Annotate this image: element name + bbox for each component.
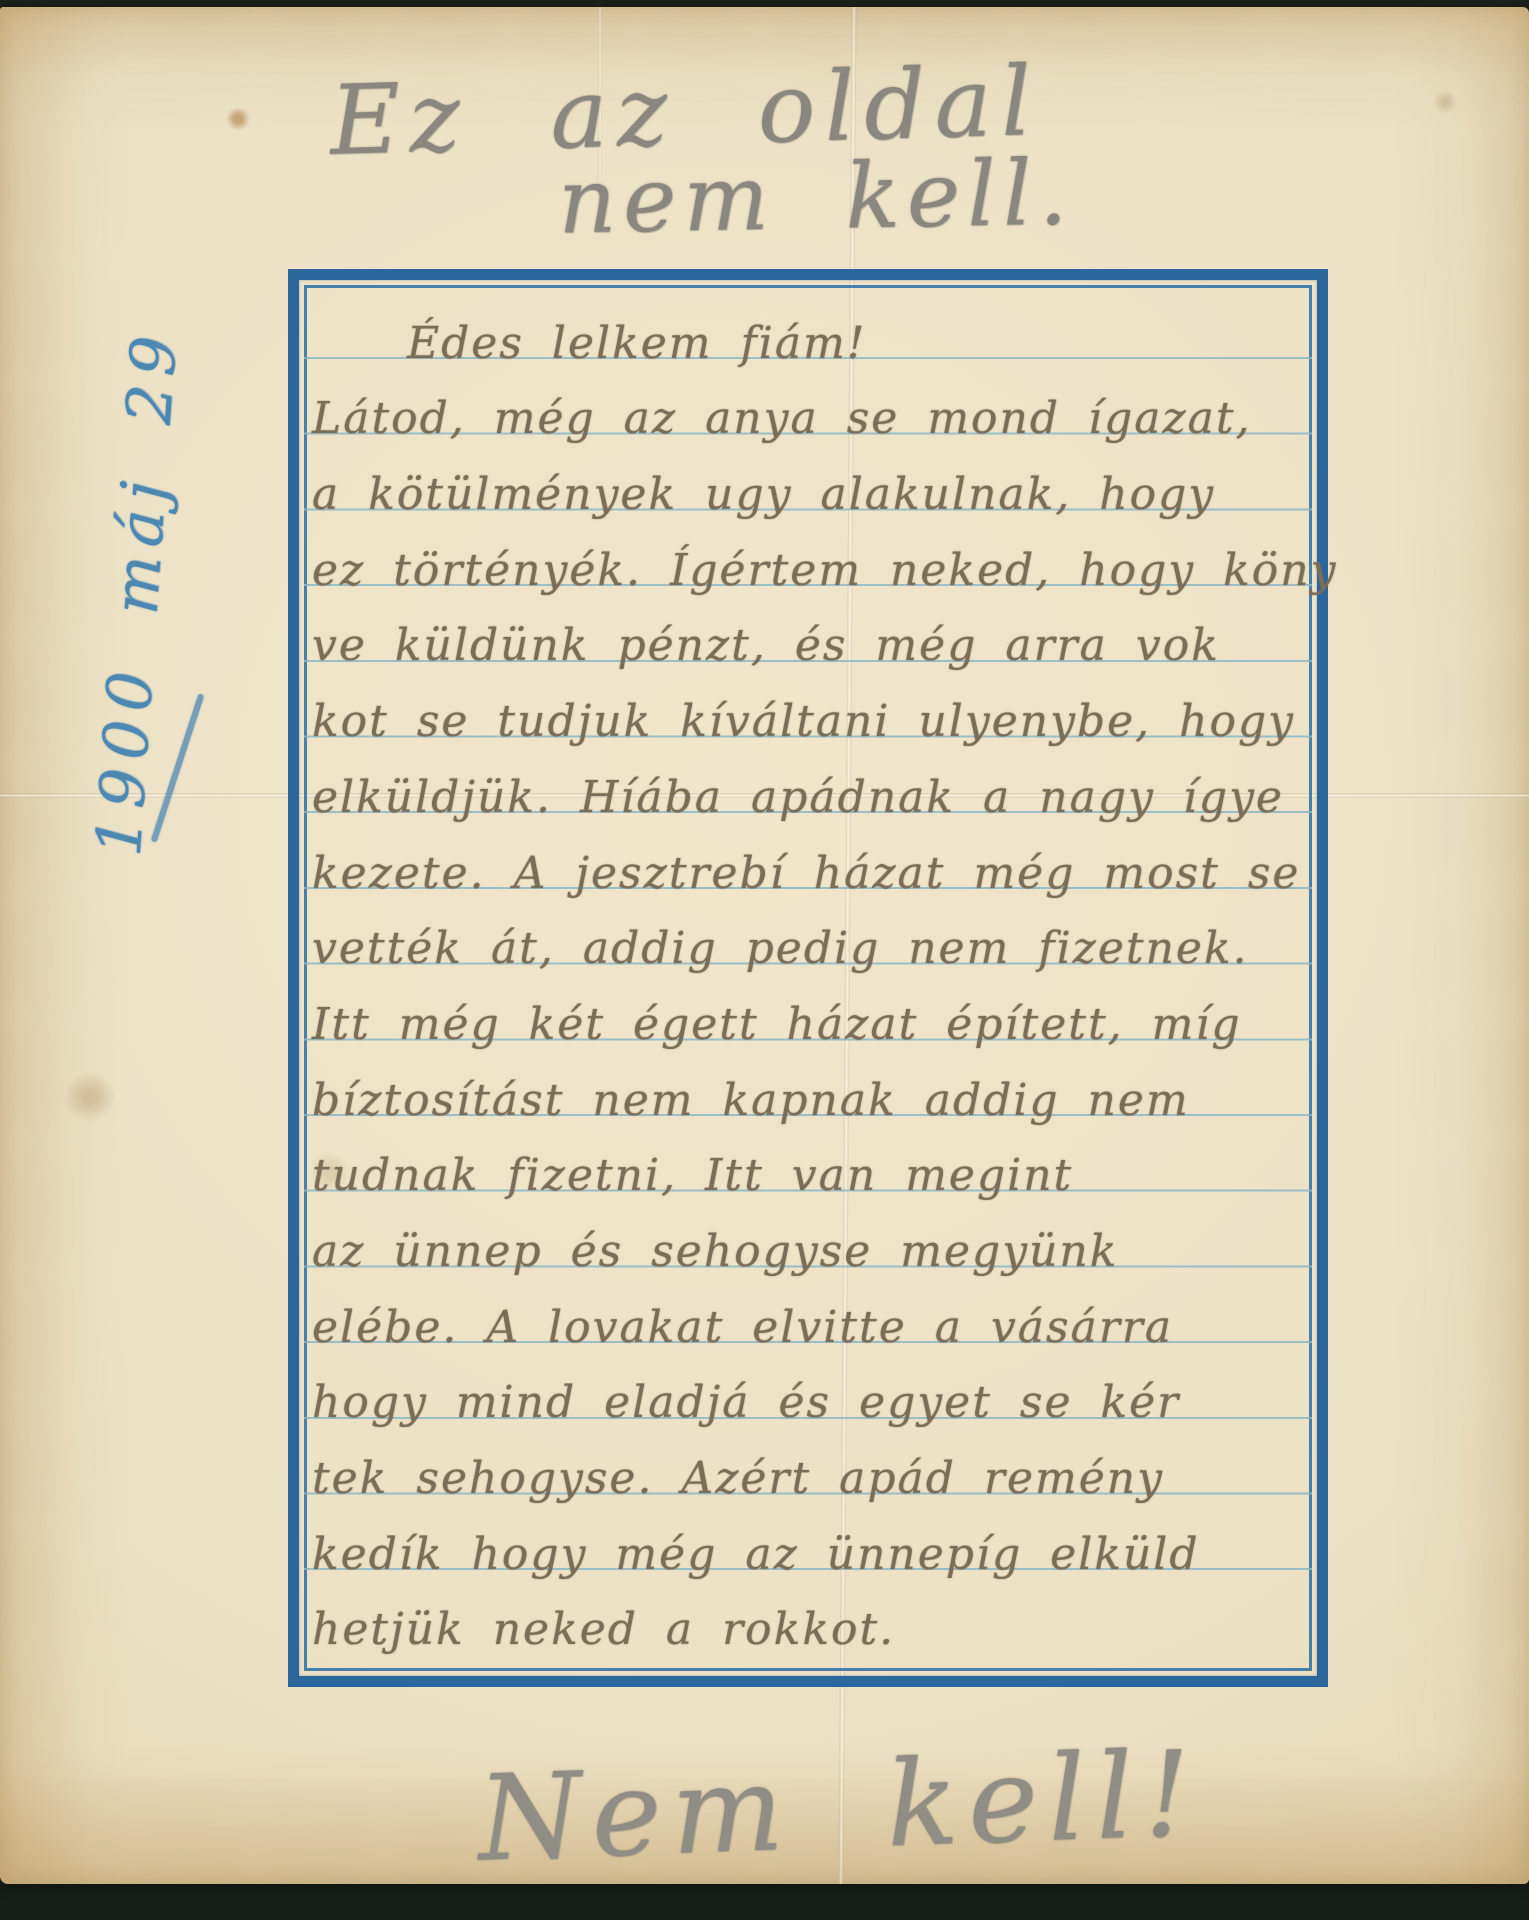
- letter-line: tek sehogyse. Azért apád remény: [312, 1428, 1312, 1504]
- letter-line-salutation: Édes lelkem fiám!: [312, 293, 1312, 369]
- letter-line: elküldjük. Híába apádnak a nagy ígye: [312, 747, 1312, 823]
- letter-line: az ünnep és sehogyse megyünk: [312, 1201, 1312, 1277]
- letter-line: Látod, még az anya se mond ígazat,: [312, 369, 1312, 445]
- letter-line: kot se tudjuk kíváltani ulyenybe, hogy: [312, 671, 1312, 747]
- pencil-note-top-line2: nem kell.: [557, 141, 1075, 255]
- scanned-letter: Ez az oldal nem kell. 1900 máj 29 Édes l…: [0, 0, 1529, 1920]
- letter-line: tudnak fizetni, Itt van megint: [312, 1126, 1312, 1202]
- letter-line: a kötülmények ugy alakulnak, hogy: [312, 444, 1312, 520]
- letter-paper: Ez az oldal nem kell. 1900 máj 29 Édes l…: [0, 7, 1529, 1884]
- letter-line: bíztosítást nem kapnak addig nem: [312, 1050, 1312, 1126]
- pencil-note-bottom: Nem kell!: [476, 1724, 1203, 1887]
- letter-line: elébe. A lovakat elvitte a vásárra: [312, 1277, 1312, 1353]
- letter-line: ez történyék. Ígértem neked, hogy köny: [312, 520, 1312, 596]
- letter-line: kedík hogy még az ünnepíg elküld: [312, 1504, 1312, 1580]
- margin-date-blue: 1900 máj 29: [74, 220, 205, 964]
- letter-line: hetjük neked a rokkot.: [312, 1580, 1312, 1656]
- letter-line: vették át, addig pedig nem fizetnek.: [312, 899, 1312, 975]
- letter-line: ve küldünk pénzt, és még arra vok: [312, 596, 1312, 672]
- letter-text: Édes lelkem fiám! Látod, még az anya se …: [312, 293, 1312, 1655]
- letter-line: hogy mind eladjá és egyet se kér: [312, 1353, 1312, 1429]
- letter-line: kezete. A jesztrebí házat még most se: [312, 823, 1312, 899]
- letter-line: Itt még két égett házat épített, míg: [312, 974, 1312, 1050]
